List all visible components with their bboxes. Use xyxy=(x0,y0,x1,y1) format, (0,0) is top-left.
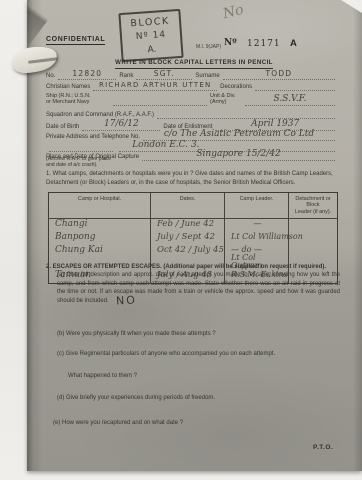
question-2d-text: (d) Give briefly your experiences during… xyxy=(57,394,340,403)
header-dates: Dates. xyxy=(151,193,225,218)
instruction-heading-text: WRITE IN BLOCK CAPITAL LETTERS IN PENCIL xyxy=(115,59,273,69)
table-row: Changi Feb / June 42 — xyxy=(49,219,337,232)
stamp-line-1: BLOCK xyxy=(130,15,170,29)
question-1-text: 1. What camps, detachments or hospitals … xyxy=(46,170,339,187)
unit-div-label: Unit & Div. (Army) xyxy=(210,93,242,106)
question-2b-text: (b) Were you physically fit when you mad… xyxy=(57,330,340,339)
surname-value: TODD xyxy=(223,70,335,80)
ref-letter: A xyxy=(290,38,297,49)
question-2e-text: (e) How were you recaptured and on what … xyxy=(53,419,336,428)
decorations-line xyxy=(255,82,335,91)
block-leader-cell xyxy=(289,219,337,232)
row-number-rank-surname: No. 12820 Rank SGT. Surname TODD xyxy=(46,70,338,80)
surname-label: Surname xyxy=(195,73,219,80)
unit-div-value: S.S.V.F. xyxy=(245,95,335,106)
no-value: 12820 xyxy=(58,70,116,80)
header-block-leader: Detachment or Block Leader (if any). xyxy=(289,193,337,218)
capture-value: Singapore 15/2/42 xyxy=(142,150,335,161)
decorations-label: Decorations xyxy=(220,84,252,91)
dates-cell: Feb / June 42 xyxy=(151,219,225,232)
question-2a-text: (a) Give full description and approx. da… xyxy=(57,271,340,306)
header-camp-leader: Camp Leader. xyxy=(225,193,289,218)
rank-value: SGT. xyxy=(136,70,192,80)
table-row: Banpong July / Sept 42 Lt Col Williamson xyxy=(49,232,337,245)
block-leader-cell xyxy=(289,232,337,245)
row-christian-decorations: Christian Names RICHARD ARTHUR UTTEN Dec… xyxy=(46,82,338,91)
address-label: Private Address and Telephone No. xyxy=(46,134,140,141)
christian-names-label: Christian Names xyxy=(46,84,90,91)
no-label: No. xyxy=(46,73,55,80)
stamp-line-3: A. xyxy=(147,44,157,55)
ref-number: 12171 xyxy=(247,39,281,49)
leader-cell: — xyxy=(225,219,289,232)
pto-label: P.T.O. xyxy=(313,444,333,451)
ship-label: Ship (R.N.; U.S.N. or Merchant Navy xyxy=(46,93,110,106)
question-2c-text: (c) Give Regimental particulars of anyon… xyxy=(57,350,340,359)
camp-cell: Banpong xyxy=(49,232,151,245)
ref-org-label: M.I. 9(JAP) xyxy=(196,44,221,50)
capture-sublabel: (Aircrew R.A.F. to give place and date o… xyxy=(46,157,156,169)
header-camp-or-hospital: Camp or Hospital. xyxy=(49,193,151,218)
squadron-line xyxy=(157,110,335,119)
answer-no: NO xyxy=(116,293,138,307)
dates-cell: July / Sept 42 xyxy=(151,232,225,245)
instruction-heading: WRITE IN BLOCK CAPITAL LETTERS IN PENCIL xyxy=(84,59,304,66)
question-2c-followup: What happened to them ? xyxy=(68,372,338,381)
ship-line xyxy=(113,97,207,106)
squadron-label: Squadron and Command (R.A.F., A.A.F.) xyxy=(46,112,154,119)
scanned-pow-form: CONFIDENTIAL No BLOCK Nº 14 A. M.I. 9(JA… xyxy=(0,0,362,480)
row-squadron: Squadron and Command (R.A.F., A.A.F.) xyxy=(46,110,338,119)
ref-no-label: Nº xyxy=(224,38,237,48)
block-stamp: BLOCK Nº 14 A. xyxy=(118,9,183,62)
camp-cell: Changi xyxy=(49,219,151,232)
row-ship-unit: Ship (R.N.; U.S.N. or Merchant Navy Unit… xyxy=(46,93,338,106)
rank-label: Rank xyxy=(119,73,133,80)
leader-cell: Lt Col Williamson xyxy=(225,232,289,245)
camps-table-header: Camp or Hospital. Dates. Camp Leader. De… xyxy=(49,193,337,219)
classification-label: CONFIDENTIAL xyxy=(46,36,105,45)
christian-names-value: RICHARD ARTHUR UTTEN xyxy=(93,82,217,91)
stamp-line-2: Nº 14 xyxy=(136,30,167,42)
